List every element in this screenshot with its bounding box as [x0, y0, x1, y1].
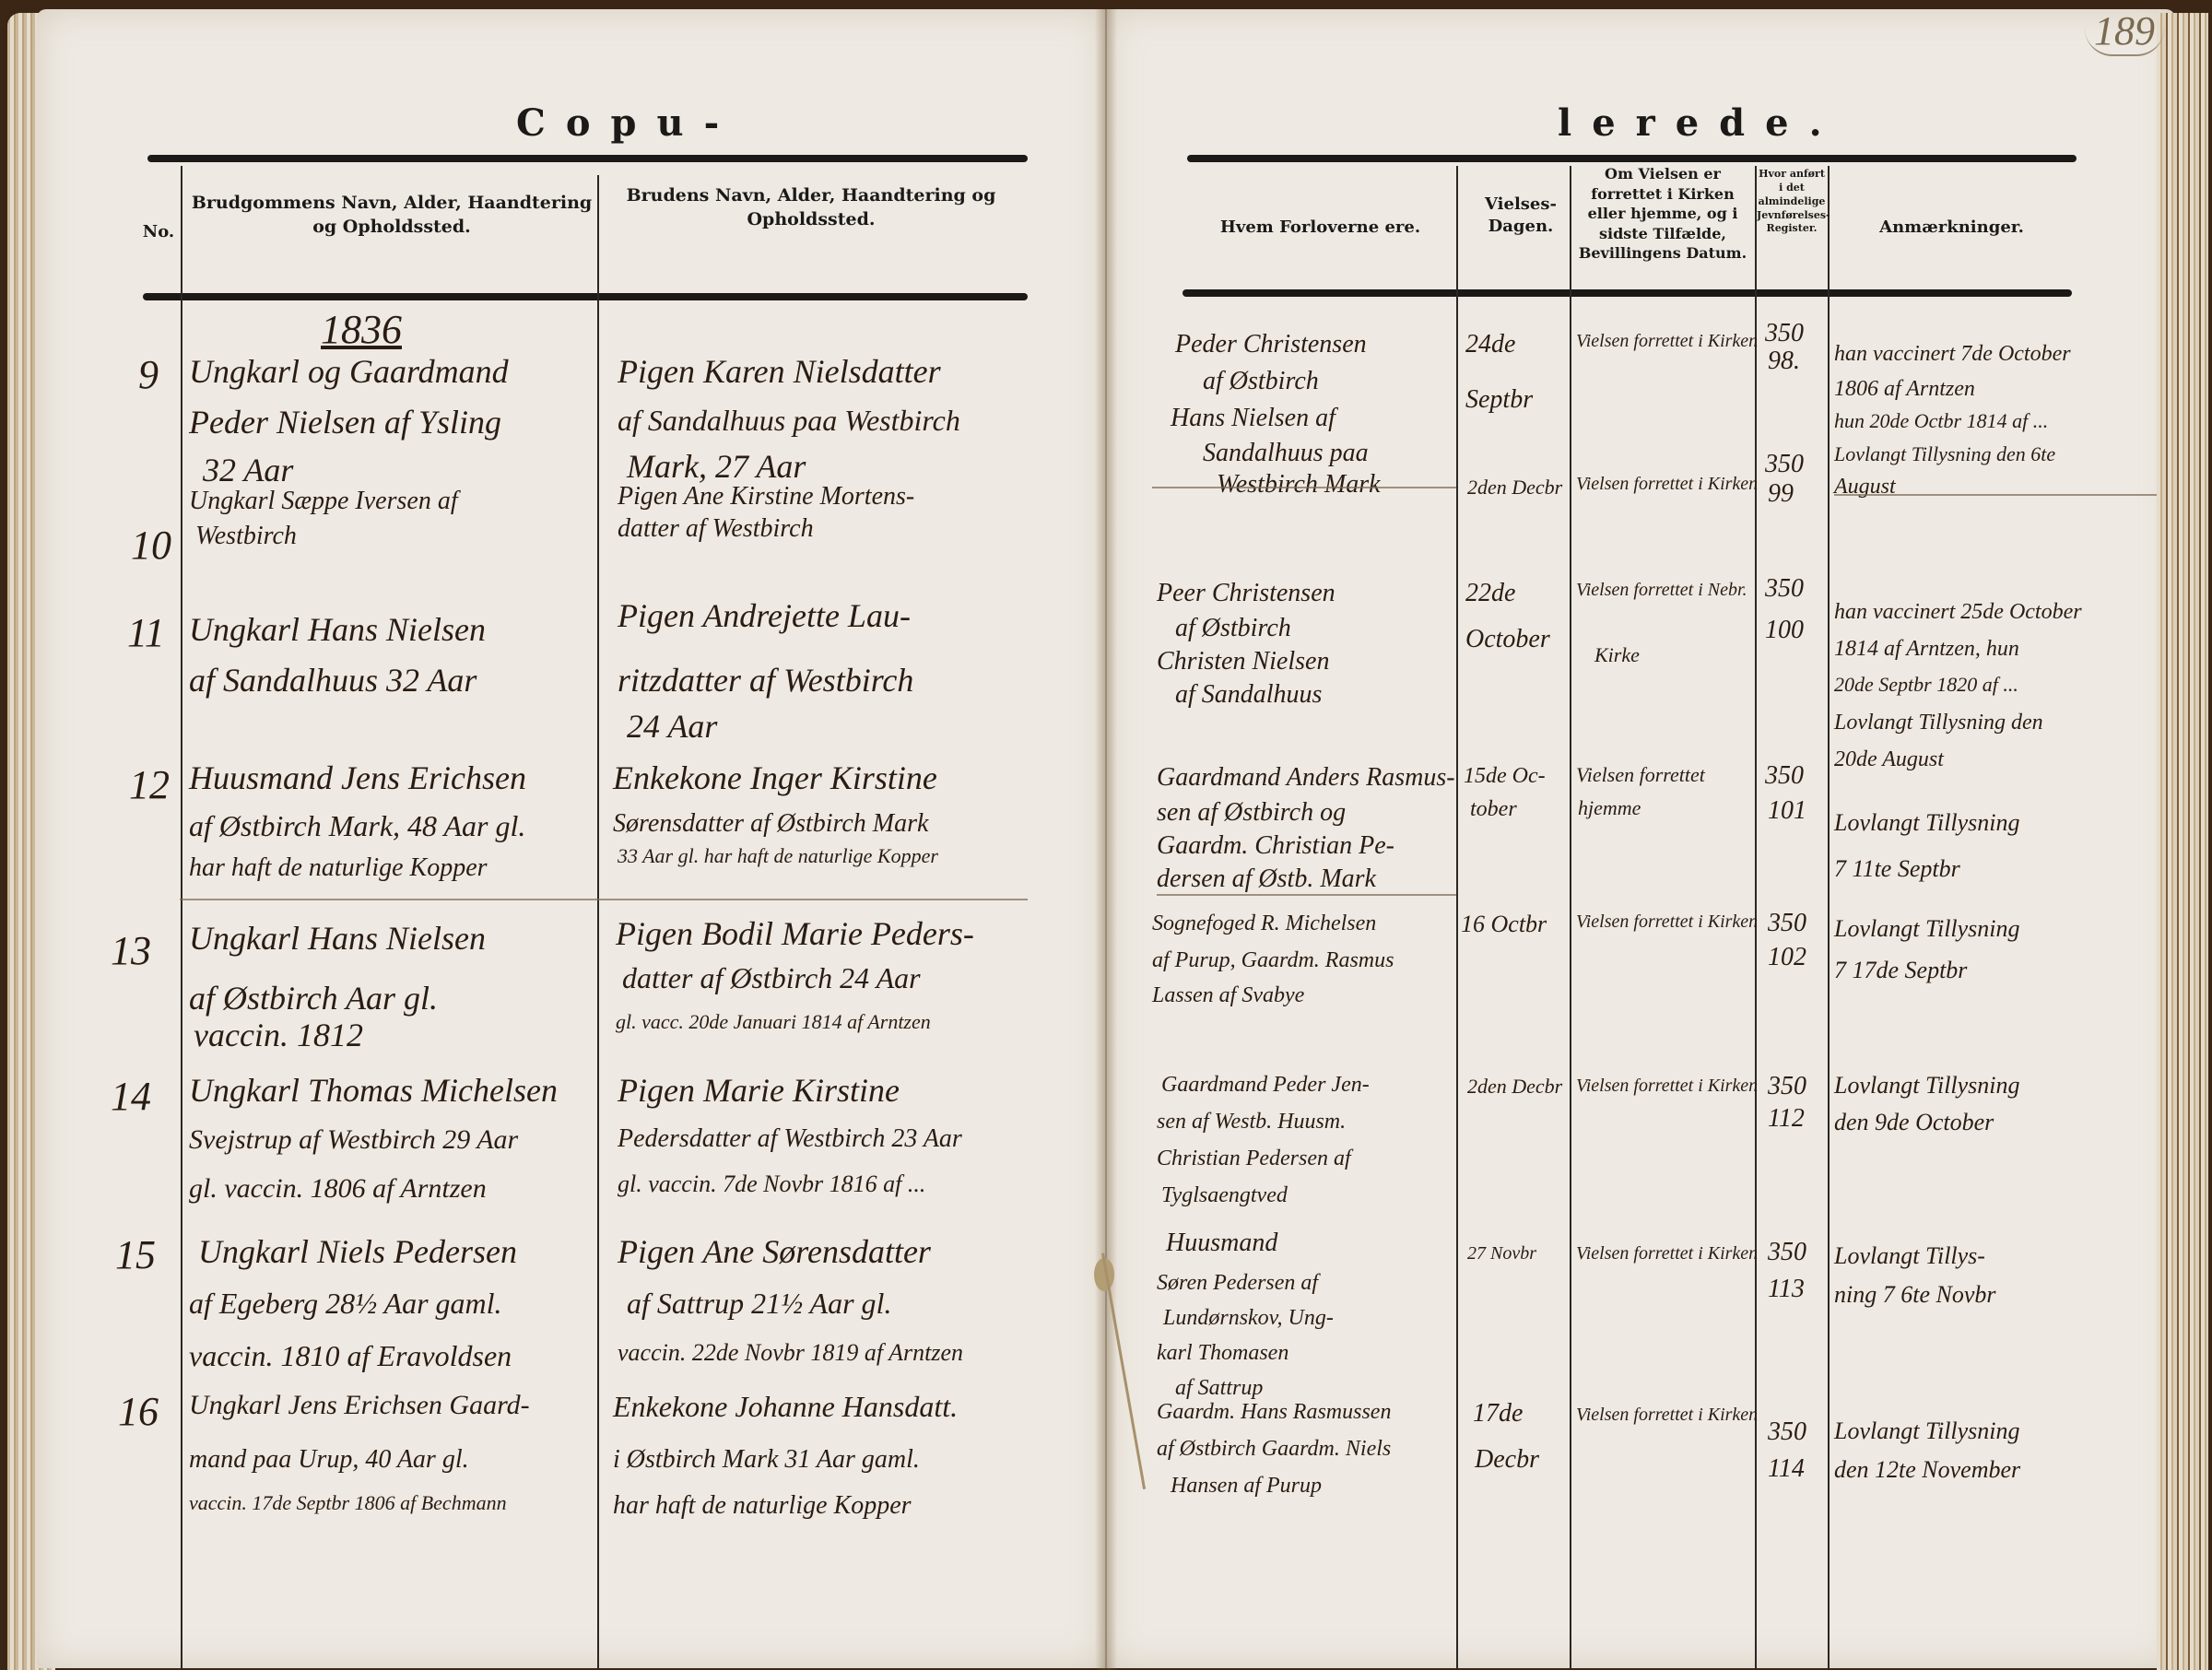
entry-16-groom-2: mand paa Urup, 40 Aar gl.: [189, 1447, 469, 1473]
entry-15-bride-3: vaccin. 22de Novbr 1819 af Arntzen: [618, 1341, 963, 1365]
title-left: Copu-: [516, 101, 739, 145]
entry-12-witness-1: Gaardmand Anders Rasmus-: [1157, 765, 1455, 791]
entry-14-register-1: 350: [1768, 1074, 1806, 1100]
entry-9-witness-2: af Østbirch: [1203, 369, 1319, 394]
entry-16-date-1: 17de: [1473, 1401, 1523, 1427]
entry-12-register-2: 101: [1768, 798, 1806, 824]
entry-11-groom-2: af Sandalhuus 32 Aar: [189, 664, 477, 697]
entry-10-groom-1: Ungkarl Sæppe Iversen af: [189, 488, 458, 514]
header-no: No.: [138, 221, 179, 243]
entry-16-witness-1: Gaardm. Hans Rasmussen: [1157, 1401, 1391, 1423]
separator: [1157, 894, 1456, 896]
entry-14-date: 2den Decbr: [1467, 1076, 1562, 1097]
header-bottom-rule-right: [1182, 289, 2072, 297]
entry-16-remark-1: Lovlangt Tillysning: [1834, 1419, 2020, 1443]
year: 1836: [321, 310, 402, 350]
page-edges-right: [2157, 13, 2208, 1670]
header-top-rule-left: [147, 155, 1028, 162]
entry-9-witness-4: Sandalhuus paa: [1203, 441, 1369, 466]
entry-16-no: 16: [118, 1392, 159, 1432]
entry-12-groom-2: af Østbirch Mark, 48 Aar gl.: [189, 811, 525, 841]
entry-15-groom-2: af Egeberg 28½ Aar gaml.: [189, 1288, 502, 1318]
entry-15-witness-1: Huusmand: [1166, 1230, 1277, 1256]
entry-16-bride-1: Enkekone Johanne Hansdatt.: [613, 1392, 958, 1421]
entry-9-bride-3: Mark, 27 Aar: [627, 450, 806, 483]
entry-11-date-1: 22de: [1465, 581, 1515, 606]
entry-11-witness-2: af Østbirch: [1175, 616, 1291, 641]
entry-15-remark-1: Lovlangt Tillys-: [1834, 1244, 1985, 1268]
entry-15-no: 15: [115, 1235, 156, 1276]
entry-10-date: 2den Decbr: [1467, 477, 1562, 498]
header-witnesses: Hvem Forloverne ere.: [1189, 217, 1452, 239]
entry-12-register-1: 350: [1765, 763, 1804, 789]
header-place: Om Vielsen er forrettet i Kirken eller h…: [1572, 164, 1753, 264]
entry-13-remark-1: Lovlangt Tillysning: [1834, 917, 2020, 941]
col-line-register: [1828, 166, 1830, 1670]
entry-12-remark-1: Lovlangt Tillysning: [1834, 811, 2020, 835]
entry-9-date-1: 24de: [1465, 332, 1515, 358]
entry-13-register-2: 102: [1768, 945, 1806, 970]
entry-10-bride-2: datter af Westbirch: [618, 516, 814, 542]
entry-13-witness-3: Lassen af Svabye: [1152, 984, 1304, 1006]
entry-9-groom-3: 32 Aar: [203, 453, 293, 487]
entry-13-bride-2: datter af Østbirch 24 Aar: [622, 963, 921, 993]
header-date: Vielses-Dagen.: [1475, 194, 1567, 239]
entry-15-witness-2: Søren Pedersen af: [1157, 1272, 1318, 1294]
entry-10-register-1: 350: [1765, 452, 1804, 477]
col-line-date: [1570, 166, 1571, 1670]
entry-11-remark-3: 20de Septbr 1820 af ...: [1834, 675, 2018, 695]
entry-14-groom-3: gl. vaccin. 1806 af Arntzen: [189, 1175, 487, 1203]
entry-14-bride-3: gl. vaccin. 7de Novbr 1816 af ...: [618, 1172, 925, 1196]
entry-10-groom-2: Westbirch: [195, 523, 297, 549]
entry-11-groom-1: Ungkarl Hans Nielsen: [189, 613, 486, 646]
entry-12-witness-4: dersen af Østb. Mark: [1157, 866, 1376, 892]
header-groom: Brudgommens Navn, Alder, Haandtering og …: [189, 192, 594, 239]
entry-13-groom-1: Ungkarl Hans Nielsen: [189, 922, 486, 955]
entry-14-witness-3: Christian Pedersen af: [1157, 1147, 1351, 1170]
entry-11-remark-1: han vaccinert 25de October: [1834, 601, 2082, 623]
entry-11-bride-3: 24 Aar: [627, 710, 717, 743]
header-bride: Brudens Navn, Alder, Haandtering og Opho…: [608, 184, 1014, 231]
entry-15-date: 27 Novbr: [1467, 1244, 1536, 1263]
entry-14-witness-2: sen af Westb. Huusm.: [1157, 1111, 1346, 1133]
entry-16-date-2: Decbr: [1475, 1447, 1539, 1473]
entry-13-groom-2: af Østbirch Aar gl.: [189, 982, 438, 1015]
entry-10-no: 10: [131, 525, 171, 566]
entry-11-remark-2: 1814 af Arntzen, hun: [1834, 638, 2019, 660]
entry-13-witness-1: Sognefoged R. Michelsen: [1152, 912, 1376, 935]
title-right: lerede.: [1558, 101, 1842, 145]
entry-16-register-2: 114: [1768, 1456, 1805, 1482]
header-bottom-rule-left: [143, 293, 1028, 300]
entry-12-groom-3: har haft de naturlige Kopper: [189, 855, 488, 881]
entry-15-witness-4: karl Thomasen: [1157, 1342, 1288, 1364]
entry-13-date: 16 Octbr: [1461, 912, 1547, 936]
entry-10-register-2: 99: [1768, 481, 1794, 507]
entry-14-groom-2: Svejstrup af Westbirch 29 Aar: [189, 1126, 518, 1154]
entry-15-register-1: 350: [1768, 1240, 1806, 1265]
entry-14-register-2: 112: [1768, 1106, 1805, 1132]
entry-10-place: Vielsen forrettet i Kirken: [1576, 475, 1758, 493]
entry-13-remark-2: 7 17de Septbr: [1834, 958, 1967, 982]
entry-13-register-1: 350: [1768, 911, 1806, 936]
entry-11-place-1: Vielsen forrettet i Nebr.: [1576, 581, 1747, 599]
entry-9-witness-1: Peder Christensen: [1175, 332, 1367, 358]
entry-15-witness-3: Lundørnskov, Ung-: [1163, 1307, 1334, 1329]
entry-11-register-2: 100: [1765, 617, 1804, 643]
entry-11-place-2: Kirke: [1594, 645, 1640, 665]
entry-14-witness-4: Tyglsaengtved: [1161, 1184, 1288, 1206]
entry-11-no: 11: [127, 613, 165, 653]
entry-14-bride-1: Pigen Marie Kirstine: [618, 1074, 900, 1107]
entry-11-remark-4: Lovlangt Tillysning den: [1834, 712, 2043, 734]
entry-13-groom-3: vaccin. 1812: [194, 1018, 363, 1052]
entry-15-bride-2: af Sattrup 21½ Aar gl.: [627, 1288, 891, 1318]
entry-9-bride-2: af Sandalhuus paa Westbirch: [618, 406, 960, 435]
entry-16-groom-3: vaccin. 17de Septbr 1806 af Bechmann: [189, 1493, 507, 1513]
entry-9-remark-4: Lovlangt Tillysning den 6te: [1834, 444, 2055, 465]
entry-12-remark-2: 7 11te Septbr: [1834, 857, 1960, 881]
entry-14-bride-2: Pedersdatter af Westbirch 23 Aar: [618, 1126, 962, 1152]
entry-9-groom-1: Ungkarl og Gaardmand: [189, 355, 509, 388]
entry-13-no: 13: [111, 931, 151, 971]
entry-9-date-2: Septbr: [1465, 387, 1533, 413]
entry-15-groom-1: Ungkarl Niels Pedersen: [198, 1235, 517, 1268]
entry-11-witness-4: af Sandalhuus: [1175, 682, 1322, 708]
header-top-rule-right: [1187, 155, 2077, 162]
entry-14-no: 14: [111, 1076, 151, 1117]
entry-15-bride-1: Pigen Ane Sørensdatter: [618, 1235, 931, 1268]
entry-9-groom-2: Peder Nielsen af Ysling: [189, 406, 501, 439]
entry-12-groom-1: Huusmand Jens Erichsen: [189, 761, 526, 794]
entry-15-remark-2: ning 7 6te Novbr: [1834, 1283, 1996, 1307]
entry-11-witness-3: Christen Nielsen: [1157, 649, 1329, 675]
entry-12-date-2: tober: [1470, 798, 1517, 820]
separator: [1152, 487, 1456, 488]
entry-12-witness-3: Gaardm. Christian Pe-: [1157, 833, 1394, 859]
entry-12-place-1: Vielsen forrettet: [1576, 765, 1705, 785]
page-number: 189: [2085, 7, 2164, 56]
entry-11-date-2: October: [1465, 627, 1550, 653]
entry-16-witness-3: Hansen af Purup: [1171, 1475, 1322, 1497]
entry-14-place: Vielsen forrettet i Kirken: [1576, 1076, 1758, 1095]
entry-16-bride-3: har haft de naturlige Kopper: [613, 1493, 912, 1519]
entry-9-witness-3: Hans Nielsen af: [1171, 406, 1335, 431]
entry-13-bride-1: Pigen Bodil Marie Peders-: [616, 917, 974, 950]
separator: [180, 899, 1028, 900]
entry-15-groom-3: vaccin. 1810 af Eravoldsen: [189, 1341, 512, 1370]
entry-9-remark-2: 1806 af Arntzen: [1834, 378, 1975, 400]
entry-12-date-1: 15de Oc-: [1464, 765, 1546, 787]
entry-15-register-2: 113: [1768, 1276, 1805, 1302]
entry-16-witness-2: af Østbirch Gaardm. Niels: [1157, 1438, 1391, 1460]
entry-11-witness-1: Peer Christensen: [1157, 581, 1335, 606]
entry-9-remark-1: han vaccinert 7de October: [1834, 343, 2071, 365]
entry-13-bride-3: gl. vacc. 20de Januari 1814 af Arntzen: [616, 1012, 931, 1032]
entry-9-no: 9: [138, 355, 159, 395]
entry-12-bride-2: Sørensdatter af Østbirch Mark: [613, 811, 928, 837]
col-line-witnesses: [1456, 166, 1458, 1670]
entry-14-remark-2: den 9de October: [1834, 1111, 1994, 1135]
entry-16-register-1: 350: [1768, 1419, 1806, 1445]
entry-12-witness-2: sen af Østbirch og: [1157, 800, 1346, 826]
entry-12-no: 12: [129, 765, 170, 806]
entry-16-remark-2: den 12te November: [1834, 1458, 2020, 1482]
entry-9-witness-5: Westbirch Mark: [1217, 472, 1381, 498]
entry-12-place-2: hjemme: [1578, 798, 1641, 818]
entry-11-remark-5: 20de August: [1834, 748, 1944, 770]
entry-16-place: Vielsen forrettet i Kirken: [1576, 1405, 1758, 1424]
entry-16-bride-2: i Østbirch Mark 31 Aar gaml.: [613, 1447, 920, 1473]
entry-11-bride-1: Pigen Andrejette Lau-: [618, 599, 911, 632]
col-line-groom: [597, 175, 599, 1670]
entry-14-groom-1: Ungkarl Thomas Michelsen: [189, 1074, 558, 1107]
entry-13-witness-2: af Purup, Gaardm. Rasmus: [1152, 949, 1394, 971]
entry-11-register-1: 350: [1765, 576, 1804, 602]
entry-11-bride-2: ritzdatter af Westbirch: [618, 664, 913, 697]
entry-9-remark-3: hun 20de Octbr 1814 af ...: [1834, 411, 2048, 431]
col-line-no: [181, 166, 182, 1670]
entry-9-register-2: 98.: [1768, 348, 1800, 374]
entry-16-groom-1: Ungkarl Jens Erichsen Gaard-: [189, 1392, 530, 1419]
header-remarks: Anmærkninger.: [1834, 217, 2069, 239]
entry-12-bride-1: Enkekone Inger Kirstine: [613, 761, 937, 794]
entry-14-witness-1: Gaardmand Peder Jen-: [1161, 1074, 1370, 1096]
book-spine: [1095, 9, 1117, 1670]
separator: [1834, 494, 2157, 496]
entry-15-witness-5: af Sattrup: [1175, 1377, 1263, 1399]
entry-12-bride-3: 33 Aar gl. har haft de naturlige Kopper: [618, 846, 938, 866]
entry-13-place: Vielsen forrettet i Kirken: [1576, 912, 1758, 931]
entry-9-place: Vielsen forrettet i Kirken: [1576, 332, 1758, 350]
entry-15-place: Vielsen forrettet i Kirken: [1576, 1244, 1758, 1263]
entry-9-register-1: 350: [1765, 321, 1804, 347]
header-register: Hvor anført i det almindelige Jevnførels…: [1757, 168, 1827, 236]
book-scan: Copu- lerede. 189 No. Brudgommens Navn, …: [0, 0, 2212, 1670]
entry-14-remark-1: Lovlangt Tillysning: [1834, 1074, 2020, 1098]
entry-10-bride-1: Pigen Ane Kirstine Mortens-: [618, 484, 914, 510]
entry-9-bride-1: Pigen Karen Nielsdatter: [618, 355, 941, 388]
